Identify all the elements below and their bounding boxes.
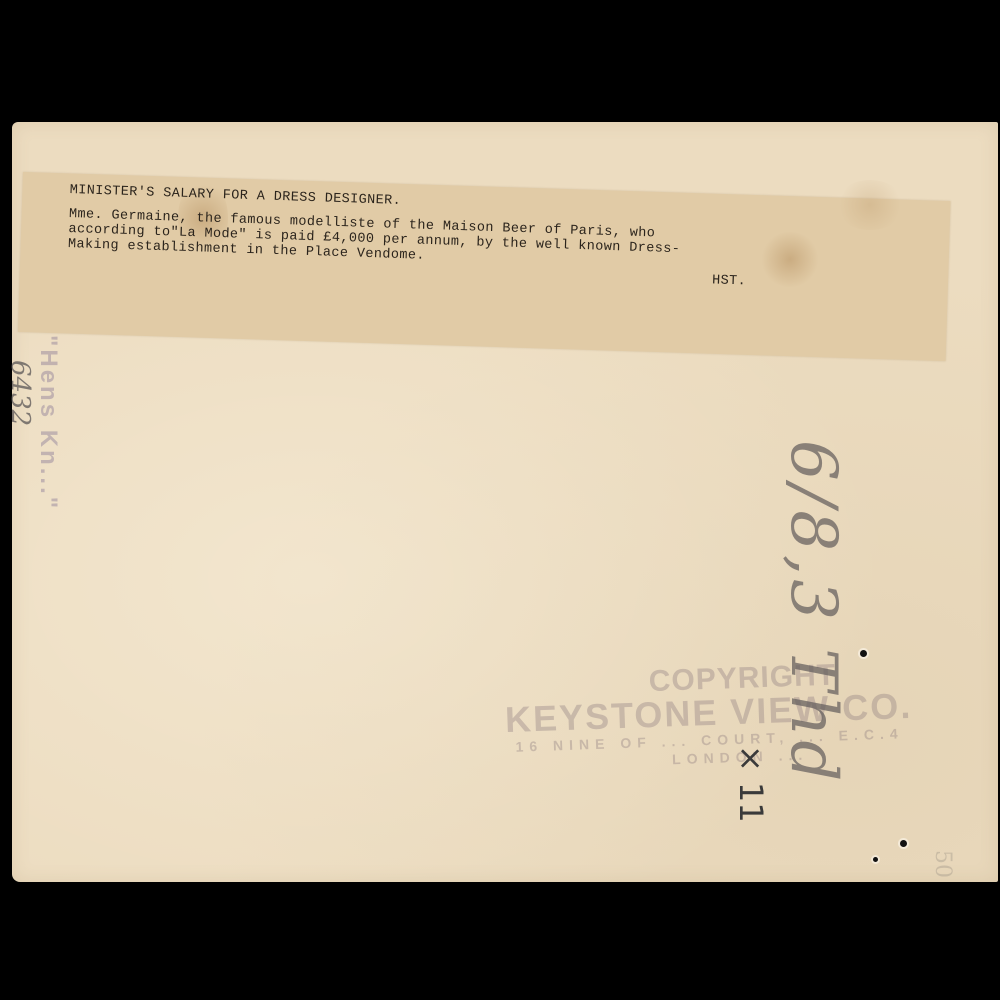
agency-stamp-vertical: "Hens Kn..." — [34, 335, 62, 595]
pencil-mark: × 11 — [732, 745, 770, 823]
punch-hole — [873, 857, 878, 862]
punch-hole — [900, 840, 907, 847]
corner-mark: 50 — [930, 850, 955, 878]
pencil-number: 6432 — [5, 360, 35, 426]
pencil-handwriting: 6/8,3 Thd — [776, 440, 850, 785]
punch-hole — [860, 650, 867, 657]
copyright-stamp: COPYRIGHT KEYSTONE VIEW CO. 16 NINE OF .… — [503, 658, 914, 772]
